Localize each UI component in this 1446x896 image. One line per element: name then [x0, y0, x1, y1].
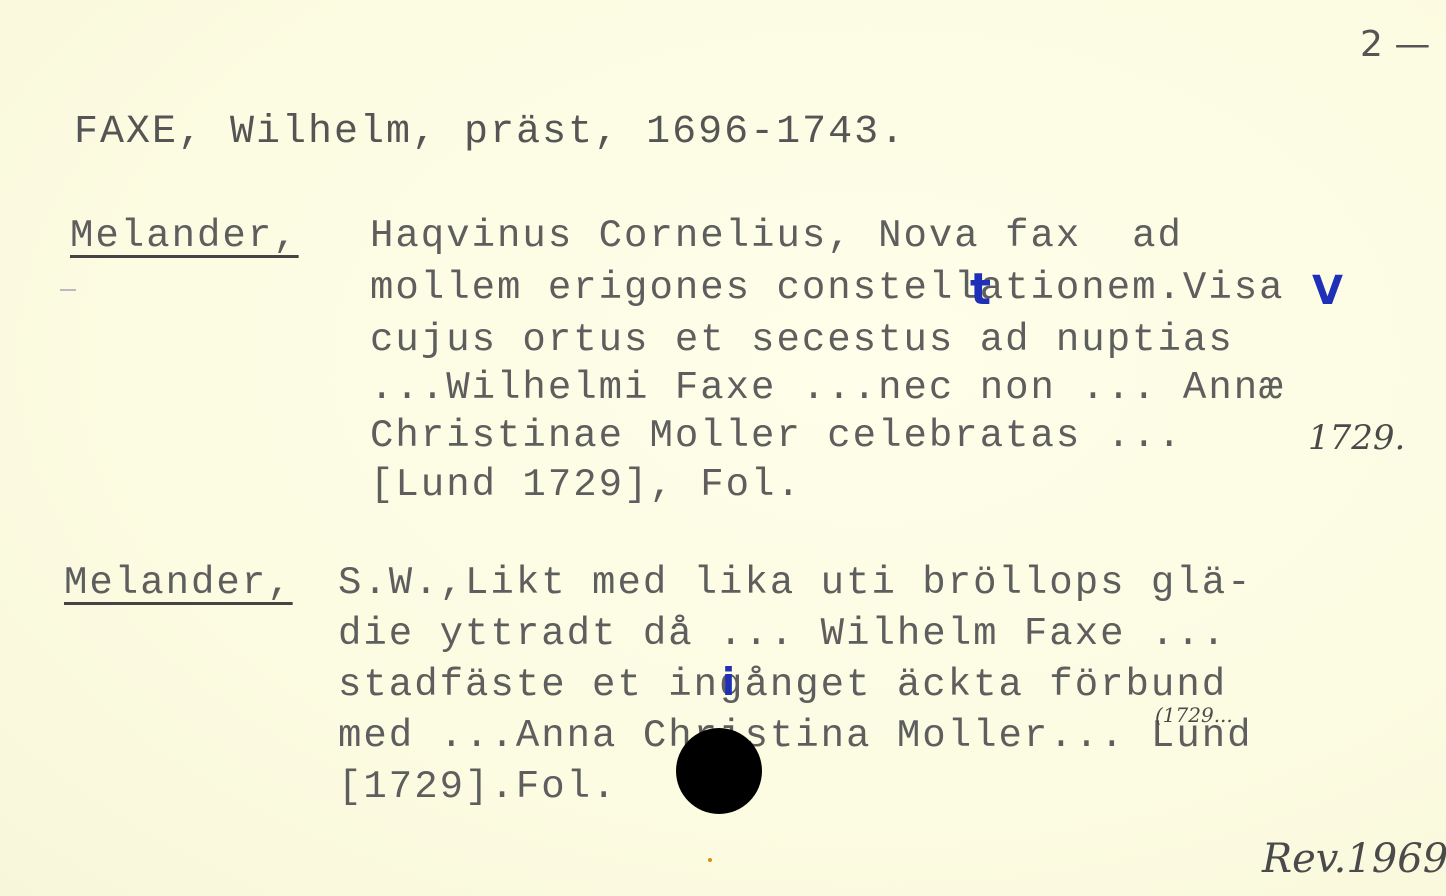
handwritten-year: (1729...: [1155, 703, 1233, 727]
ink-correction-i: i: [722, 660, 735, 704]
handwritten-year: 1729.: [1308, 418, 1405, 458]
entry-author: Melander,: [64, 564, 293, 603]
entry-line: ...Wilhelmi Faxe ...nec non ... Annæ: [370, 369, 1285, 408]
page-number: 2 —: [1360, 24, 1430, 65]
ink-correction-t: t: [970, 264, 991, 315]
entry-line: [1729].Fol.: [338, 768, 617, 807]
entry-line: stadfäste et ingånget äckta förbund: [338, 666, 1227, 705]
entry-line: Haqvinus Cornelius, Nova fax ad: [370, 217, 1183, 256]
entry-line: [Lund 1729], Fol.: [370, 466, 802, 505]
entry-line: med ...Anna Christina Moller... Lund: [338, 717, 1253, 756]
entry-line: cujus ortus et secestus ad nuptias: [370, 321, 1234, 360]
catalog-card: 2 — FAXE, Wilhelm, präst, 1696-1743. Mel…: [0, 0, 1446, 896]
entry-line: die yttradt då ... Wilhelm Faxe ...: [338, 615, 1227, 654]
card-heading: FAXE, Wilhelm, präst, 1696-1743.: [74, 113, 906, 153]
ink-speck: [708, 858, 712, 862]
punch-hole: [676, 728, 762, 814]
margin-dash: [60, 289, 76, 291]
entry-line: S.W.,Likt med lika uti bröllops glä-: [338, 564, 1253, 603]
entry-line: mollem erigones constellationem.Visa: [370, 269, 1285, 308]
ink-correction-v: V: [1312, 268, 1343, 314]
entry-author: Melander,: [70, 217, 299, 256]
revision-note: Rev.1969: [1262, 836, 1446, 882]
entry-line: Christinae Moller celebratas ...: [370, 417, 1183, 456]
